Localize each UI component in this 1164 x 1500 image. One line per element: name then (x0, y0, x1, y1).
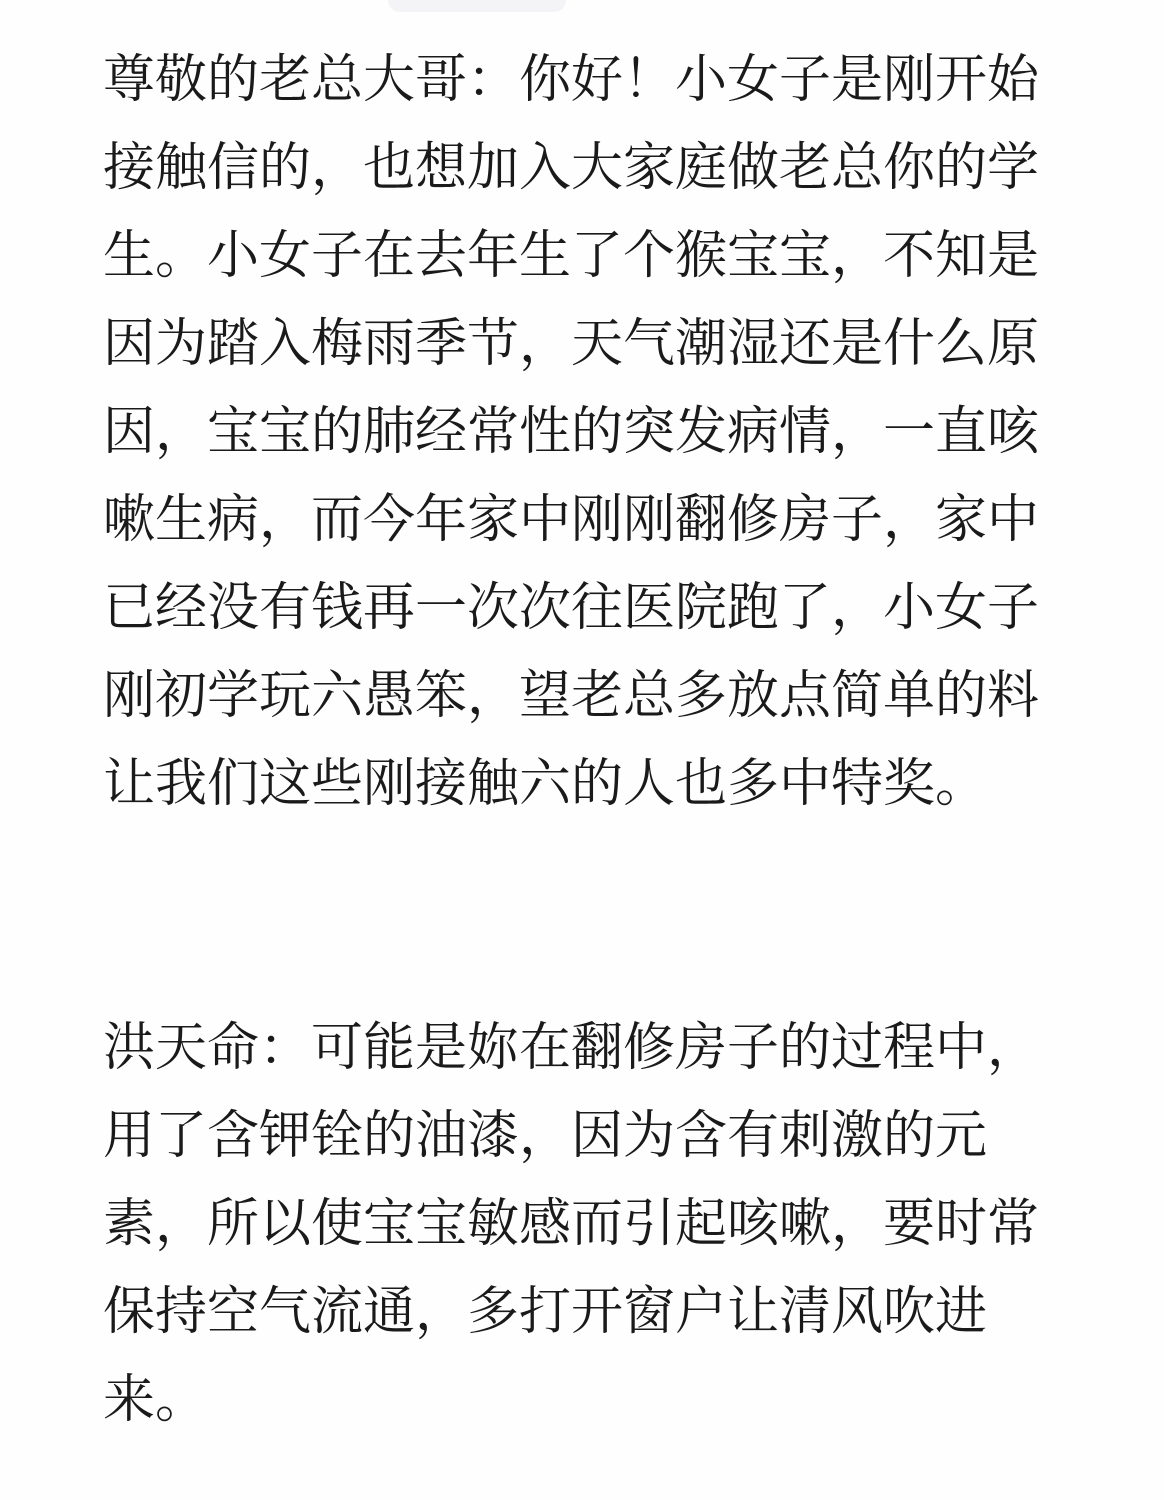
text-line: 因，宝宝的肺经常性的突发病情，一直咳 (103, 388, 1047, 476)
text-line: 已经没有钱再一次次往医院跑了，小女子 (103, 564, 1047, 652)
text-line: 刚初学玩六愚笨，望老总多放点简单的料 (103, 652, 1047, 740)
text-line: 保持空气流通，多打开窗户让清风吹进 (103, 1268, 1047, 1356)
paragraph-reply: 洪天命：可能是妳在翻修房子的过程中， 用了含钾铨的油漆，因为含有刺激的元 素，所… (103, 1004, 1047, 1444)
text-line: 洪天命：可能是妳在翻修房子的过程中， (103, 1004, 1047, 1092)
text-line: 让我们这些刚接触六的人也多中特奖。 (103, 740, 1047, 828)
text-line: 尊敬的老总大哥：你好！小女子是刚开始 (103, 36, 1047, 124)
text-line: 来。 (103, 1356, 1047, 1444)
top-sheet-handle (388, 0, 566, 12)
article-text: 尊敬的老总大哥：你好！小女子是刚开始 接触信的，也想加入大家庭做老总你的学 生。… (103, 36, 1047, 1444)
text-line: 素，所以使宝宝敏感而引起咳嗽，要时常 (103, 1180, 1047, 1268)
text-line: 嗽生病，而今年家中刚刚翻修房子，家中 (103, 476, 1047, 564)
text-line: 用了含钾铨的油漆，因为含有刺激的元 (103, 1092, 1047, 1180)
text-line: 生。小女子在去年生了个猴宝宝，不知是 (103, 212, 1047, 300)
paragraph-letter: 尊敬的老总大哥：你好！小女子是刚开始 接触信的，也想加入大家庭做老总你的学 生。… (103, 36, 1047, 828)
text-line: 因为踏入梅雨季节，天气潮湿还是什么原 (103, 300, 1047, 388)
text-line: 接触信的，也想加入大家庭做老总你的学 (103, 124, 1047, 212)
